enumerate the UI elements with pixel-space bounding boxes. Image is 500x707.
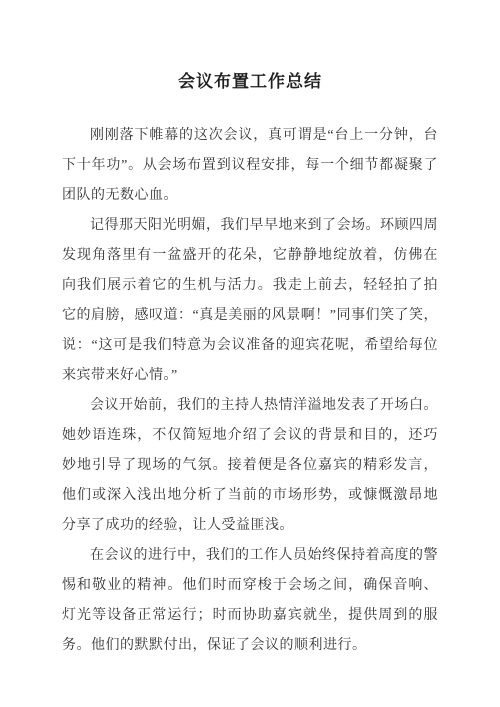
paragraph-1: 刚刚落下帷幕的这次会议，真可谓是“台上一分钟，台下十年功”。从会场布置到议程安排… <box>62 121 438 211</box>
paragraph-4: 在会议的进行中，我们的工作人员始终保持着高度的警惕和敬业的精神。他们时而穿梭于会… <box>62 541 438 661</box>
document-body: 刚刚落下帷幕的这次会议，真可谓是“台上一分钟，台下十年功”。从会场布置到议程安排… <box>62 121 438 661</box>
document-page: 会议布置工作总结 刚刚落下帷幕的这次会议，真可谓是“台上一分钟，台下十年功”。从… <box>0 0 500 707</box>
paragraph-3: 会议开始前，我们的主持人热情洋溢地发表了开场白。她妙语连珠，不仅简短地介绍了会议… <box>62 391 438 541</box>
document-title: 会议布置工作总结 <box>62 70 438 94</box>
paragraph-2: 记得那天阳光明媚，我们早早地来到了会场。环顾四周发现角落里有一盆盛开的花朵，它静… <box>62 211 438 391</box>
